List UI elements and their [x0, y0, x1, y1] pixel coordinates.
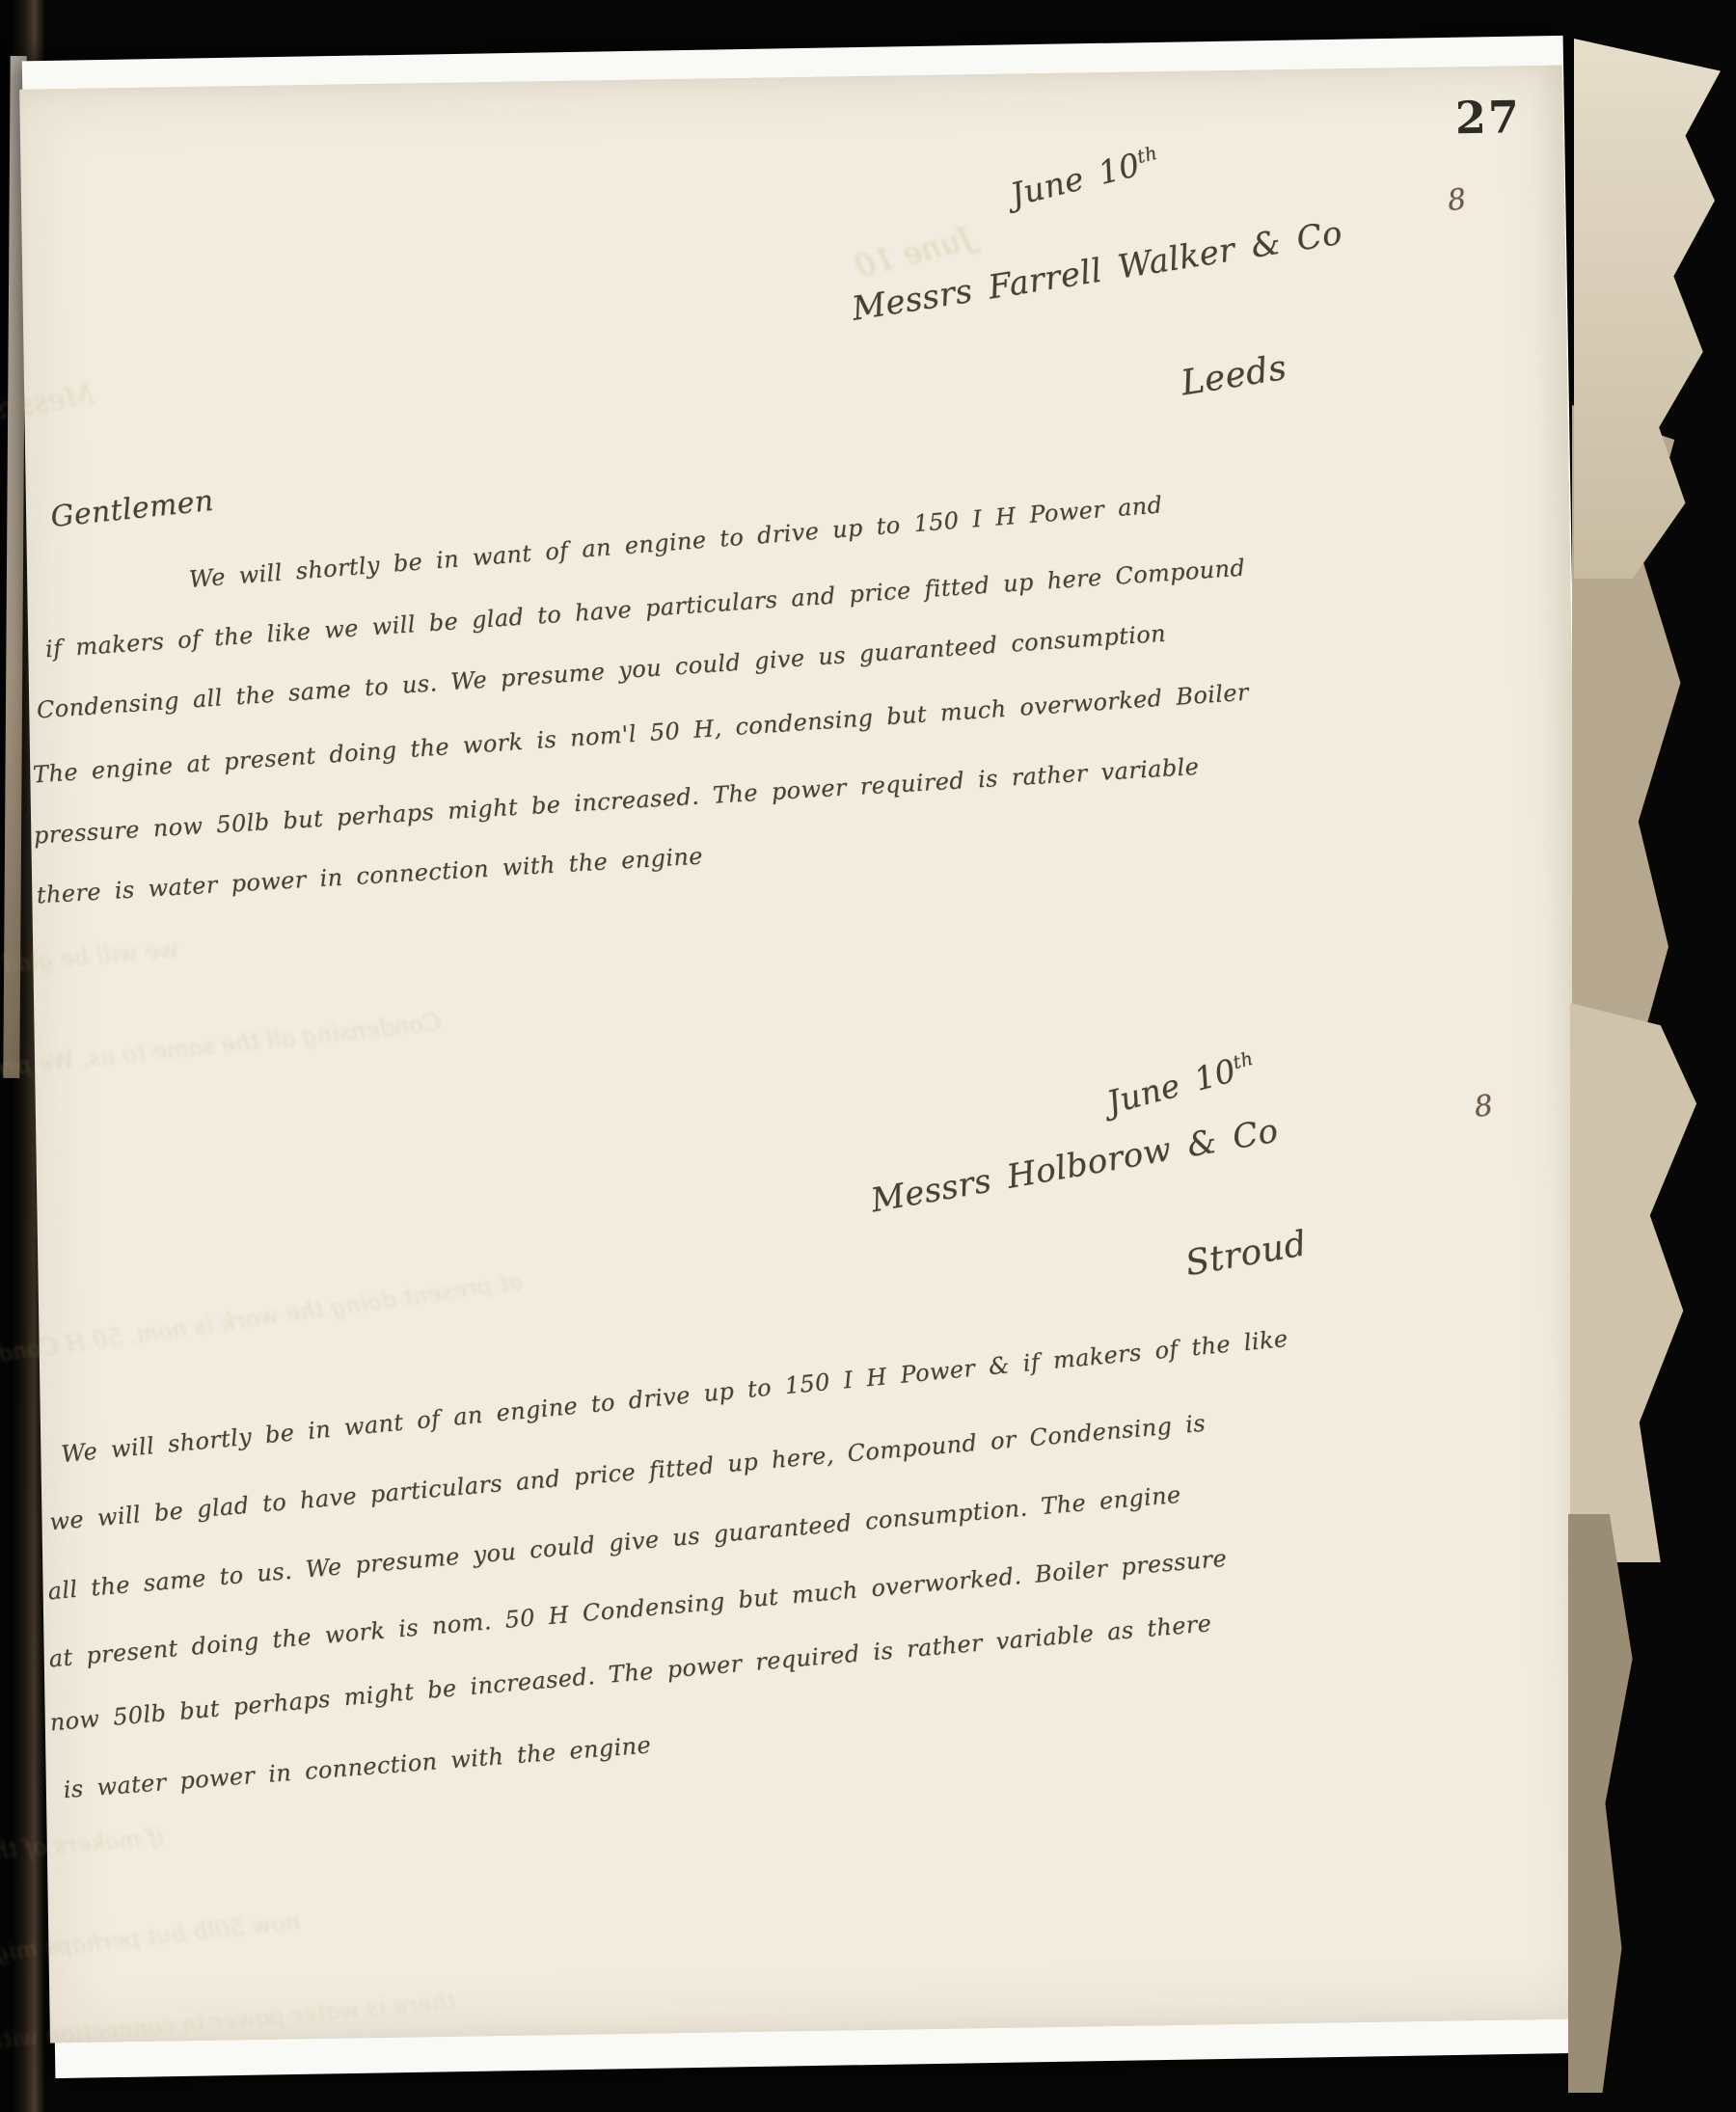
letter-body-line: is water power in connection with the en…	[63, 1731, 652, 1803]
ink-bleedthrough: Condensing all the same to us. We presum…	[0, 1009, 442, 1141]
date-text: June 10	[1103, 1051, 1240, 1122]
ledger-mark: 8	[1473, 1089, 1496, 1124]
torn-page-edge	[1570, 1003, 1703, 1562]
salutation: Gentlemen	[49, 484, 215, 534]
date-ordinal: th	[1231, 1047, 1256, 1074]
addressee-line: Messrs Holborow & Co	[868, 1111, 1281, 1220]
page-number: 27	[1454, 91, 1521, 144]
letter-body-line: now 50lb but perhaps might be increased.…	[49, 1610, 1213, 1736]
letter-body-line: We will shortly be in want of an engine …	[60, 1325, 1288, 1468]
date-text: June 10	[1007, 146, 1144, 214]
place-line: Leeds	[1179, 348, 1289, 404]
place-line: Stroud	[1182, 1224, 1310, 1284]
letter-date: June 10th	[1007, 141, 1163, 214]
scanned-letterbook-page: 27 June 10 Messrs Farrell Walker & Co we…	[0, 0, 1736, 2112]
date-ordinal: th	[1135, 142, 1160, 168]
letter-date: June 10th	[1103, 1046, 1260, 1122]
letter-body-line: there is water power in connection with …	[36, 842, 703, 908]
ledger-mark: 8	[1446, 182, 1469, 218]
torn-page-edge	[1574, 39, 1721, 579]
letterbook-page: 27 June 10 Messrs Farrell Walker & Co we…	[19, 66, 1593, 2044]
torn-page-edge	[1568, 1514, 1640, 2093]
